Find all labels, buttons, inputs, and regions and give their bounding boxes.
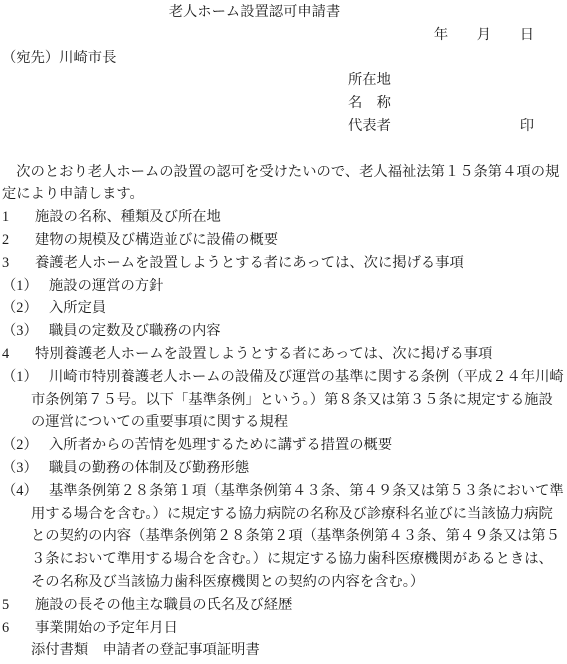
applicant-field-row: 名 称 (2, 92, 561, 115)
line-text: 施設の長その他主な職員の氏名及び経歴 (35, 597, 292, 613)
numbered-item-line: 3養護老人ホームを設置しようとする者にあっては、次に掲げる事項 (2, 252, 561, 275)
item-number: （2） (2, 434, 49, 457)
item-number: （3） (2, 457, 49, 480)
seal-mark: 印 (520, 115, 534, 138)
line-text: 職員の勤務の体制及び勤務形態 (49, 460, 249, 476)
sub-item-line: （4）基準条例第２８条第１項（基準条例第４３条、第４９条又は第５３条において準 (2, 480, 561, 503)
numbered-item-line: 4特別養護老人ホームを設置しようとする者にあっては、次に掲げる事項 (2, 343, 561, 366)
line-text: 次のとおり老人ホームの設置の認可を受けたいので、老人福祉法第１５条第４項の規 (2, 164, 559, 180)
applicant-field-row: 代表者印 (2, 115, 561, 138)
field-label: 代表者 (348, 118, 391, 134)
line-text: 職員の定数及び職務の内容 (49, 323, 221, 339)
line-text: 用する場合を含む。）に規定する協力病院の名称及び診療科名並びに当該協力病院 (31, 506, 553, 522)
numbered-item-line: 2建物の規模及び構造並びに設備の概要 (2, 229, 561, 252)
spacer-line (2, 138, 561, 161)
line-text: 添付書類 申請者の登記事項証明書 (31, 642, 260, 658)
sub-item-line: （3）職員の勤務の体制及び勤務形態 (2, 457, 561, 480)
line-text: その名称及び当該協力歯科医療機関との契約の内容を含む。） (31, 574, 424, 590)
text-line: 定により申請します。 (2, 183, 561, 206)
line-text: の運営についての重要事項に関する規程 (31, 414, 288, 430)
addressee-line: （宛先）川崎市長 (2, 47, 561, 70)
text-line: 次のとおり老人ホームの設置の認可を受けたいので、老人福祉法第１５条第４項の規 (2, 161, 561, 184)
text-line: の運営についての重要事項に関する規程 (2, 411, 561, 434)
line-text: 建物の規模及び構造並びに設備の概要 (35, 232, 278, 248)
field-label: 名 称 (348, 95, 391, 111)
text-line: 添付書類 申請者の登記事項証明書 (2, 639, 561, 662)
line-text: 施設の名称、種類及び所在地 (35, 209, 221, 225)
item-number: （4） (2, 480, 49, 503)
sub-item-line: （1）川崎市特別養護老人ホームの設備及び運営の基準に関する条例（平成２４年川崎 (2, 366, 561, 389)
line-text: 市条例第７５号。以下「基準条例」という。）第８条又は第３５条に規定する施設 (31, 392, 553, 408)
text-line: その名称及び当該協力歯科医療機関との契約の内容を含む。） (2, 571, 561, 594)
item-number: 1 (2, 206, 35, 229)
line-text: 特別養護老人ホームを設置しようとする者にあっては、次に掲げる事項 (35, 346, 492, 362)
numbered-item-line: 6事業開始の予定年月日 (2, 617, 561, 640)
numbered-item-line: 5施設の長その他主な職員の氏名及び経歴 (2, 594, 561, 617)
sub-item-line: （3）職員の定数及び職務の内容 (2, 320, 561, 343)
sub-item-line: （2）入所者からの苦情を処理するために講ずる措置の概要 (2, 434, 561, 457)
applicant-field-row: 所在地 (2, 69, 561, 92)
numbered-item-line: 1施設の名称、種類及び所在地 (2, 206, 561, 229)
text-line: 用する場合を含む。）に規定する協力病院の名称及び診療科名並びに当該協力病院 (2, 503, 561, 526)
line-text: 入所者からの苦情を処理するために講ずる措置の概要 (49, 437, 392, 453)
applicant-fields-block: 所在地名 称代表者印 (2, 69, 561, 137)
document-title: 老人ホーム設置認可申請書 (2, 1, 561, 24)
line-text: 事業開始の予定年月日 (35, 620, 178, 636)
line-text: との契約の内容（基準条例第２８条第２項（基準条例第４３条、第４９条又は第５ (31, 528, 560, 544)
line-text: 定により申請します。 (2, 186, 144, 202)
item-number: （1） (2, 275, 49, 298)
sub-item-line: （1）施設の運営の方針 (2, 275, 561, 298)
date-line: 年 月 日 (2, 24, 561, 47)
line-text: 養護老人ホームを設置しようとする者にあっては、次に掲げる事項 (35, 255, 464, 271)
item-number: （3） (2, 320, 49, 343)
sub-item-line: （2）入所定員 (2, 297, 561, 320)
text-line: 市条例第７５号。以下「基準条例」という。）第８条又は第３５条に規定する施設 (2, 389, 561, 412)
item-number: 6 (2, 617, 35, 640)
line-text: ３条において準用する場合を含む。）に規定する協力歯科医療機関があるときは、 (31, 551, 553, 567)
item-number: 5 (2, 594, 35, 617)
document-body: 次のとおり老人ホームの設置の認可を受けたいので、老人福祉法第１５条第４項の規定に… (2, 161, 561, 663)
line-text: 施設の運営の方針 (49, 278, 163, 294)
text-line: との契約の内容（基準条例第２８条第２項（基準条例第４３条、第４９条又は第５ (2, 525, 561, 548)
item-number: 2 (2, 229, 35, 252)
line-text: 基準条例第２８条第１項（基準条例第４３条、第４９条又は第５３条において準 (49, 483, 564, 499)
item-number: （1） (2, 366, 49, 389)
text-line: ３条において準用する場合を含む。）に規定する協力歯科医療機関があるときは、 (2, 548, 561, 571)
item-number: 3 (2, 252, 35, 275)
field-label: 所在地 (348, 72, 391, 88)
item-number: 4 (2, 343, 35, 366)
item-number: （2） (2, 297, 49, 320)
document-page: 老人ホーム設置認可申請書 年 月 日 （宛先）川崎市長 所在地名 称代表者印 次… (0, 0, 563, 664)
line-text: 川崎市特別養護老人ホームの設備及び運営の基準に関する条例（平成２４年川崎 (49, 369, 564, 385)
line-text: 入所定員 (49, 300, 106, 316)
